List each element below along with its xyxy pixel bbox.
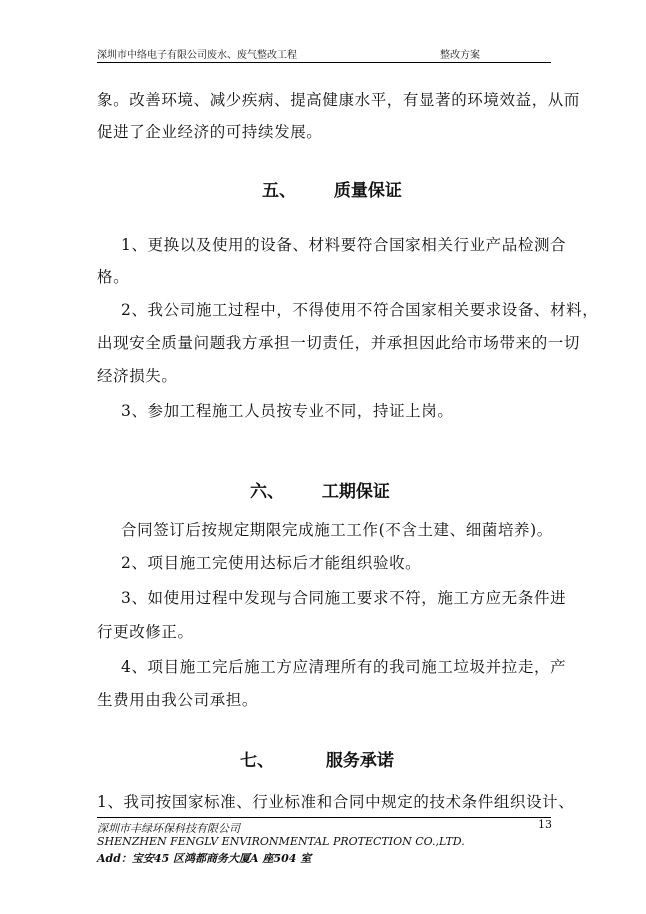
s5-line-3: 2、我公司施工过程中，不得使用不符合国家相关要求设备、材料， [121,298,598,320]
section7-title: 服务承诺 [326,751,394,771]
section5-heading: 五、 质量保证 [262,176,402,201]
page-number: 13 [538,818,552,831]
header-project-title: 深圳市中络电子有限公司废水、废气整改工程 [97,46,297,61]
footer-company-en: SHENZHEN FENGLV ENVIRONMENTAL PROTECTION… [97,835,465,848]
s5-line-5: 经济损失。 [97,364,178,386]
section7-number: 七、 [240,751,274,771]
intro-line-1: 象。改善环境、减少疾病、提高健康水平，有显著的环境效益，从而 [97,88,580,110]
s6-line-4: 行更改修正。 [97,620,194,642]
s6-line-3: 3、如使用过程中发现与合同施工要求不符，施工方应无条件进 [121,586,566,608]
section5-title: 质量保证 [334,181,402,201]
s5-line-6: 3、参加工程施工人员按专业不同，持证上岗。 [121,399,453,421]
section5-number: 五、 [262,181,296,201]
s6-line-2: 2、项目施工完使用达标后才能组织验收。 [121,551,421,573]
footer-rule [97,817,551,818]
intro-line-2: 促进了企业经济的可持续发展。 [97,120,322,142]
s7-line-1: 1、我司按国家标准、行业标准和合同中规定的技术条件组织设计、 [97,790,574,812]
section7-heading: 七、 服务承诺 [240,746,394,771]
header-doc-type: 整改方案 [440,46,480,61]
s6-line-6: 生费用由我公司承担。 [97,688,258,710]
section6-title: 工期保证 [322,482,390,502]
footer-company-cn: 深圳市丰绿环保科技有限公司 [97,820,240,836]
section6-number: 六、 [250,482,284,502]
section6-heading: 六、 工期保证 [250,477,390,502]
s5-line-2: 格。 [97,265,129,287]
s5-line-4: 出现安全质量问题我方承担一切责任，并承担因此给市场带来的一切 [97,331,580,353]
s6-line-1: 合同签订后按规定期限完成施工工作(不含土建、细菌培养)。 [121,518,553,540]
footer-address: Add：宝安45 区鸿都商务大厦A 座504 室 [97,850,311,866]
s5-line-1: 1、更换以及使用的设备、材料要符合国家相关行业产品检测合 [121,233,566,255]
page-header: 深圳市中络电子有限公司废水、废气整改工程 整改方案 [97,44,551,63]
s6-line-5: 4、项目施工完后施工方应清理所有的我司施工垃圾并拉走，产 [121,655,566,677]
